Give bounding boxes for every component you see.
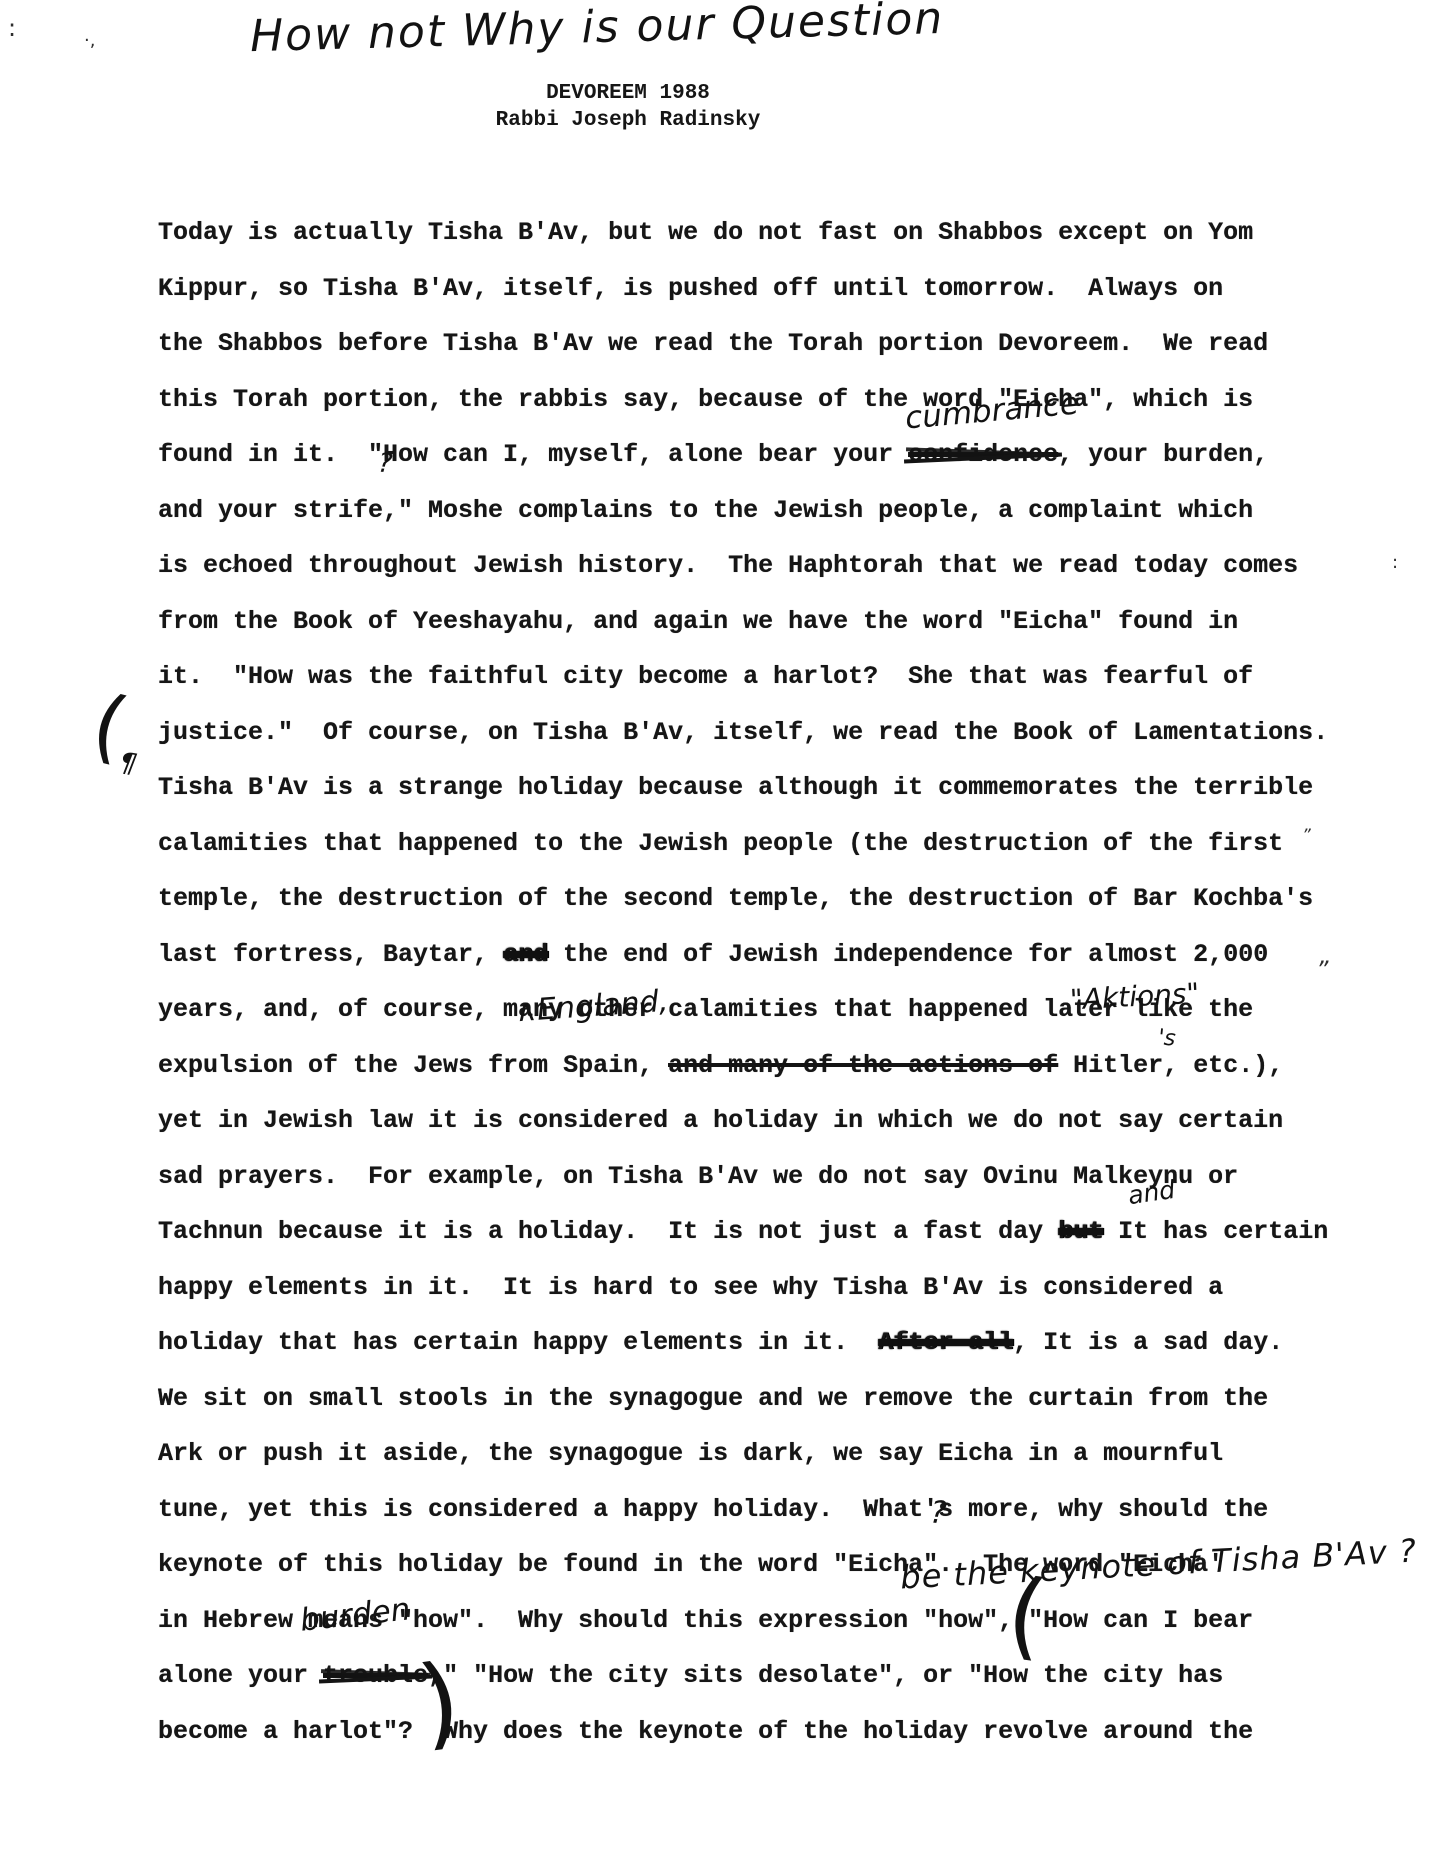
typed-text-segment: it. "How was the faithful city become a …: [158, 662, 1253, 691]
typed-text-segment: the Shabbos before Tisha B'Av we read th…: [158, 329, 1268, 358]
struck-text: After all: [878, 1328, 1013, 1357]
handwritten-question-mark-strife: ?: [377, 450, 393, 478]
typed-text-segment: yet in Jewish law it is considered a hol…: [158, 1106, 1283, 1135]
typed-text-segment: Today is actually Tisha B'Av, but we do …: [158, 218, 1253, 247]
typed-text-segment: happy elements in it. It is hard to see …: [158, 1273, 1223, 1302]
header-author-line: Rabbi Joseph Radinsky: [0, 107, 1256, 134]
scan-speck-colon-topleft: :: [8, 16, 16, 40]
struck-text: and: [503, 940, 548, 969]
typed-line: found in it. "How can I, myself, alone b…: [158, 427, 1328, 483]
typed-text-segment: Tachnun because it is a holiday. It is n…: [158, 1217, 1058, 1246]
typed-text-segment: expulsion of the Jews from Spain,: [158, 1051, 668, 1080]
handwritten-title: How not Why is our Question: [250, 0, 945, 59]
typed-text-segment: , your burden,: [1058, 440, 1268, 469]
typed-line: is echoed throughout Jewish history. The…: [158, 538, 1328, 594]
typed-line: Ark or push it aside, the synagogue is d…: [158, 1426, 1328, 1482]
typed-line: tune, yet this is considered a happy hol…: [158, 1482, 1328, 1538]
header-event-line: DEVOREEM 1988: [0, 80, 1256, 107]
typed-text-segment: justice." Of course, on Tisha B'Av, itse…: [158, 718, 1328, 747]
typed-text-segment: It has certain: [1103, 1217, 1328, 1246]
typed-text-segment: the end of Jewish independence for almos…: [548, 940, 1268, 969]
typed-line: yet in Jewish law it is considered a hol…: [158, 1093, 1328, 1149]
handwritten-question-mark-eicha: ?: [929, 1497, 948, 1529]
typed-line: Kippur, so Tisha B'Av, itself, is pushed…: [158, 261, 1328, 317]
typed-text-segment: Ark or push it aside, the synagogue is d…: [158, 1439, 1223, 1468]
typed-line: expulsion of the Jews from Spain, and ma…: [158, 1038, 1328, 1094]
scan-speck-tick-left: ´: [226, 566, 237, 588]
typed-text-segment: ," "How the city sits desolate", or "How…: [428, 1661, 1223, 1690]
struck-text: trouble: [323, 1661, 428, 1690]
scan-speck-colon-right: :: [1392, 554, 1398, 572]
typed-text-segment: last fortress, Baytar,: [158, 940, 503, 969]
typed-line: from the Book of Yeeshayahu, and again w…: [158, 594, 1328, 650]
typed-line: alone your trouble," "How the city sits …: [158, 1648, 1328, 1704]
scanned-document-page: How not Why is our Question DEVOREEM 198…: [0, 0, 1430, 1851]
typed-text-segment: sad prayers. For example, on Tisha B'Av …: [158, 1162, 1238, 1191]
struck-text: confidence: [908, 440, 1058, 469]
typed-text-segment: , It is a sad day.: [1013, 1328, 1283, 1357]
typed-line: holiday that has certain happy elements …: [158, 1315, 1328, 1371]
typed-text-segment: from the Book of Yeeshayahu, and again w…: [158, 607, 1238, 636]
typed-text-segment: Hitler, etc.),: [1058, 1051, 1283, 1080]
typed-line: calamities that happened to the Jewish p…: [158, 816, 1328, 872]
typed-line: this Torah portion, the rabbis say, beca…: [158, 372, 1328, 428]
struck-text: but: [1058, 1217, 1103, 1246]
typed-line: We sit on small stools in the synagogue …: [158, 1371, 1328, 1427]
typed-text-segment: calamities that happened to the Jewish p…: [158, 829, 1283, 858]
typed-text-segment: tune, yet this is considered a happy hol…: [158, 1495, 1268, 1524]
handwritten-stray-quote: ”: [1316, 958, 1328, 982]
handwritten-insert-aktions: "Aktions": [1069, 980, 1200, 1015]
typed-text-segment: is echoed throughout Jewish history. The…: [158, 551, 1298, 580]
typed-line: and your strife," Moshe complains to the…: [158, 483, 1328, 539]
typed-line: justice." Of course, on Tisha B'Av, itse…: [158, 705, 1328, 761]
typed-line: temple, the destruction of the second te…: [158, 871, 1328, 927]
typed-text-segment: holiday that has certain happy elements …: [158, 1328, 878, 1357]
typed-text-segment: alone your: [158, 1661, 323, 1690]
typed-line: it. "How was the faithful city become a …: [158, 649, 1328, 705]
typed-text-segment: this Torah portion, the rabbis say, beca…: [158, 385, 1253, 414]
typed-line: Tachnun because it is a holiday. It is n…: [158, 1204, 1328, 1260]
handwritten-insert-and: and: [1126, 1177, 1176, 1208]
handwritten-insert-possessive-s: 's: [1157, 1027, 1177, 1051]
scan-speck-quote-right: ”: [1302, 828, 1311, 845]
typed-text-segment: Tisha B'Av is a strange holiday because …: [158, 773, 1313, 802]
scan-speck-dot-topleft: ·,: [84, 32, 95, 50]
typed-line: happy elements in it. It is hard to see …: [158, 1260, 1328, 1316]
struck-text: and many of the actions of: [668, 1051, 1058, 1080]
handwritten-paragraph-mark: ¶: [118, 749, 140, 779]
typed-text-segment: become a harlot"? Why does the keynote o…: [158, 1717, 1253, 1746]
typed-text-segment: found in it. "How can I, myself, alone b…: [158, 440, 908, 469]
document-header: DEVOREEM 1988 Rabbi Joseph Radinsky: [0, 80, 1256, 134]
typed-line: become a harlot"? Why does the keynote o…: [158, 1704, 1328, 1760]
typed-line: last fortress, Baytar, and the end of Je…: [158, 927, 1328, 983]
typed-line: Tisha B'Av is a strange holiday because …: [158, 760, 1328, 816]
typed-text-segment: temple, the destruction of the second te…: [158, 884, 1313, 913]
typed-line: the Shabbos before Tisha B'Av we read th…: [158, 316, 1328, 372]
typed-text-segment: We sit on small stools in the synagogue …: [158, 1384, 1268, 1413]
typed-text-segment: Kippur, so Tisha B'Av, itself, is pushed…: [158, 274, 1223, 303]
typed-text-segment: and your strife," Moshe complains to the…: [158, 496, 1253, 525]
typed-line: Today is actually Tisha B'Av, but we do …: [158, 205, 1328, 261]
